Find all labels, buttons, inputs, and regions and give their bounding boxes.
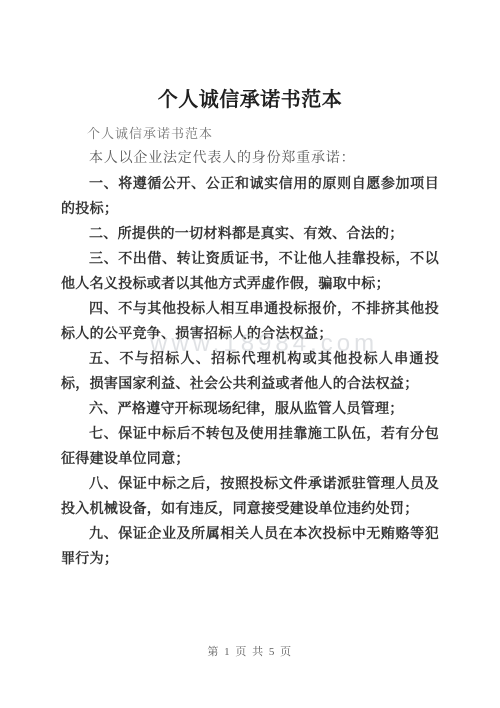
clause-2: 二、所提供的一切材料都是真实、有效、合法的； [61,221,439,246]
clause-9: 九、保证企业及所属相关人员在本次投标中无贿赂等犯罪行为； [61,521,439,571]
intro-line: 本人以企业法定代表人的身份郑重承诺： [61,146,439,171]
clause-3: 三、不出借、转让资质证书，不让他人挂靠投标，不以他人名义投标或者以其他方式弄虚作… [61,246,439,296]
clause-1: 一、将遵循公开、公正和诚实信用的原则自愿参加项目的投标； [61,171,439,221]
clause-7: 七、保证中标后不转包及使用挂靠施工队伍，若有分包征得建设单位同意； [61,421,439,471]
document-content: 个人诚信承诺书范本 个人诚信承诺书范本 本人以企业法定代表人的身份郑重承诺： 一… [0,0,500,571]
document-subtitle: 个人诚信承诺书范本 [61,121,439,146]
clause-6: 六、严格遵守开标现场纪律，服从监管人员管理； [61,396,439,421]
clause-8: 八、保证中标之后，按照投标文件承诺派驻管理人员及投入机械设备，如有违反，同意接受… [61,471,439,521]
clause-5: 五、不与招标人、招标代理机构或其他投标人串通投标，损害国家利益、社会公共利益或者… [61,346,439,396]
clause-4: 四、不与其他投标人相互串通投标报价，不排挤其他投标人的公平竞争、损害招标人的合法… [61,296,439,346]
page-number: 第 1 页 共 5 页 [0,644,500,660]
document-title: 个人诚信承诺书范本 [61,88,439,112]
document-page: 个人诚信承诺书范本 个人诚信承诺书范本 本人以企业法定代表人的身份郑重承诺： 一… [0,0,500,708]
